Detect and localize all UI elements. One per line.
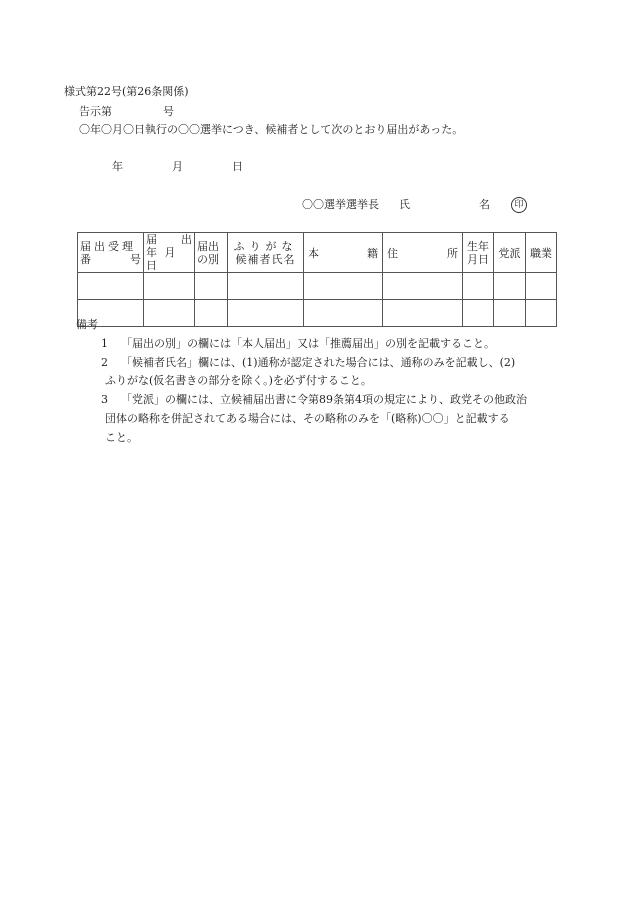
col-candidate-name: ふりがな候補者氏名 [228, 233, 304, 273]
note-3-text-line1: 「党派」の欄には、立候補届出書に令第89条第4項の規定により、政党その他政治 [121, 393, 527, 407]
intro-text: 〇年〇月〇日執行の〇〇選挙につき、候補者として次のとおり届出があった。 [79, 123, 463, 137]
date-year: 年 [112, 160, 123, 174]
notice-suffix: 号 [163, 105, 174, 119]
note-3-number: 3 [101, 393, 108, 407]
col-domicile: 本籍 [304, 233, 383, 273]
note-1-number: 1 [101, 337, 108, 351]
note-2-number: 2 [101, 356, 108, 370]
table-row [78, 273, 557, 300]
candidate-table: 届出受理 番号 届出 年 月 日 届出の別 ふりがな候補者氏名 本籍 住所 生年… [77, 232, 557, 327]
col-filing-type: 届出の別 [195, 233, 228, 273]
seal-icon: 印 [511, 197, 527, 213]
form-number: 様式第22号(第26条関係) [64, 85, 189, 99]
table-header: 届出受理 番号 届出 年 月 日 届出の別 ふりがな候補者氏名 本籍 住所 生年… [78, 233, 557, 273]
col-party: 党派 [494, 233, 526, 273]
col-filing-date: 届出 年 月 日 [144, 233, 195, 273]
col-receipt-number: 届出受理 番号 [78, 233, 144, 273]
date-day: 日 [232, 160, 243, 174]
note-3-text-line3: こと。 [105, 431, 138, 445]
name-label-2: 名 [479, 198, 490, 212]
col-address: 住所 [383, 233, 463, 273]
note-3-text-line2: 団体の略称を併記されてある場合には、その略称のみを「(略称)〇〇」と記載する [105, 412, 510, 426]
date-month: 月 [172, 160, 183, 174]
notes-title: 備考 [76, 318, 98, 332]
note-1-text: 「届出の別」の欄には「本人届出」又は「推薦届出」の別を記載すること。 [121, 337, 495, 351]
official-title: 〇〇選挙選挙長 [302, 198, 379, 212]
col-birthdate: 生年月日 [463, 233, 494, 273]
note-2-text-line1: 「候補者氏名」欄には、(1)通称が認定された場合には、通称のみを記載し、(2) [121, 356, 515, 370]
notice-prefix: 告示第 [79, 105, 112, 119]
note-2-text-line2: ふりがな(仮名書きの部分を除く。)を必ず付すること。 [105, 374, 372, 388]
col-occupation: 職業 [526, 233, 557, 273]
name-label-1: 氏 [399, 198, 410, 212]
table-row [78, 300, 557, 327]
